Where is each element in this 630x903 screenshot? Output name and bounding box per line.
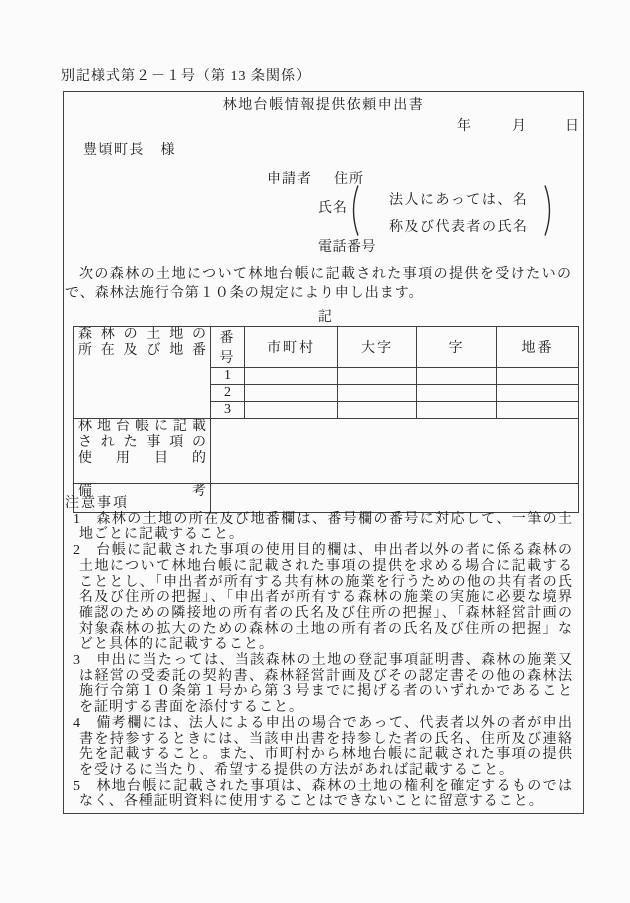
note-text: 申出に当たっては、当該森林の土地の登記事項証明書、森林の施業又は経営の受委託の契… <box>79 653 573 715</box>
column-header-oaza: 大字 <box>338 327 417 368</box>
date-day-label: 日 <box>565 115 579 135</box>
note-item-1: 1森林の土地の所在及び地番欄は、番号欄の番号に対応して、一筆の土地ごとに記載する… <box>79 512 573 543</box>
addressee: 豊頃町長 様 <box>83 139 176 159</box>
municipality-cell[interactable] <box>245 402 338 419</box>
location-header-line2: 所在及び地番 <box>78 343 206 359</box>
note-item-5: 5林地台帳に記載された事項は、森林の土地の権利を確定するものではなく、各種証明資… <box>79 779 573 810</box>
note-number: 4 <box>73 716 96 732</box>
municipality-cell[interactable] <box>245 368 338 385</box>
municipality-cell[interactable] <box>245 385 338 402</box>
column-header-aza: 字 <box>417 327 497 368</box>
applicant-name-label: 氏名 <box>318 197 348 217</box>
record-heading: 記 <box>73 306 578 326</box>
note-number: 2 <box>73 543 96 559</box>
note-item-4: 4備考欄には、法人による申出の場合であって、代表者以外の者が申出書を持参するとき… <box>79 716 573 779</box>
corporate-name-note-line2: 称及び代表者の氏名 <box>389 216 529 236</box>
applicant-phone-label: 電話番号 <box>318 236 376 256</box>
notes-section: 注意事項 1森林の土地の所在及び地番欄は、番号欄の番号に対応して、一筆の土地ごと… <box>65 496 573 810</box>
aza-cell[interactable] <box>417 368 497 385</box>
purpose-header-line2: された事項の <box>78 435 206 451</box>
date-year-label: 年 <box>457 115 471 135</box>
forest-land-table: 森林の土地の 所在及び地番 番号 市町村 大字 字 地番 1 2 <box>73 326 579 513</box>
column-header-municipality: 市町村 <box>245 327 338 368</box>
row-number-cell: 1 <box>211 368 245 385</box>
purpose-header-line1: 林地台帳に記載 <box>78 419 206 435</box>
date-month-label: 月 <box>512 115 526 135</box>
note-text: 森林の土地の所在及び地番欄は、番号欄の番号に対応して、一筆の土地ごとに記載するこ… <box>79 512 573 543</box>
column-header-lot-number: 地番 <box>497 327 579 368</box>
column-header-number: 番号 <box>211 327 245 368</box>
location-header-line1: 森林の土地の <box>78 327 206 343</box>
corporate-name-note-line1: 法人にあっては、名 <box>389 189 528 209</box>
right-parenthesis-icon <box>543 184 556 237</box>
oaza-cell[interactable] <box>338 385 417 402</box>
location-header-cell: 森林の土地の 所在及び地番 <box>74 327 211 419</box>
purpose-header-cell: 林地台帳に記載 された事項の 使用目的 <box>74 419 211 484</box>
lot-number-cell[interactable] <box>497 385 579 402</box>
note-text: 林地台帳に記載された事項は、森林の土地の権利を確定するものではなく、各種証明資料… <box>79 779 573 810</box>
left-parenthesis-icon <box>347 184 360 237</box>
form-number-label: 別記様式第２－１号（第 13 条関係） <box>61 65 311 85</box>
note-number: 1 <box>73 512 96 528</box>
row-number-cell: 3 <box>211 402 245 419</box>
purpose-value-cell[interactable] <box>211 419 579 484</box>
row-number-cell: 2 <box>211 385 245 402</box>
form-border-box: 林地台帳情報提供依頼申出書 年 月 日 豊頃町長 様 申請者 住所 氏名 法人に… <box>63 91 584 814</box>
notes-heading: 注意事項 <box>65 496 573 512</box>
form-page: 別記様式第２－１号（第 13 条関係） 林地台帳情報提供依頼申出書 年 月 日 … <box>0 0 630 903</box>
note-text: 備考欄には、法人による申出の場合であって、代表者以外の者が申出書を持参するときに… <box>79 716 573 778</box>
note-item-3: 3申出に当たっては、当該森林の土地の登記事項証明書、森林の施業又は経営の受委託の… <box>79 653 573 716</box>
applicant-label: 申請者 <box>267 168 312 188</box>
lot-number-cell[interactable] <box>497 368 579 385</box>
oaza-cell[interactable] <box>338 402 417 419</box>
aza-cell[interactable] <box>417 402 497 419</box>
oaza-cell[interactable] <box>338 368 417 385</box>
note-number: 5 <box>73 779 96 795</box>
lot-number-cell[interactable] <box>497 402 579 419</box>
body-paragraph: 次の森林の土地について林地台帳に記載された事項の提供を受けたいので、森林法施行令… <box>65 265 572 303</box>
aza-cell[interactable] <box>417 385 497 402</box>
purpose-header-line3: 使用目的 <box>78 451 206 467</box>
form-title: 林地台帳情報提供依頼申出書 <box>64 94 583 114</box>
note-text: 台帳に記載された事項の使用目的欄は、申出者以外の者に係る森林の土地について林地台… <box>79 543 573 652</box>
note-item-2: 2台帳に記載された事項の使用目的欄は、申出者以外の者に係る森林の土地について林地… <box>79 543 573 653</box>
note-number: 3 <box>73 653 96 669</box>
